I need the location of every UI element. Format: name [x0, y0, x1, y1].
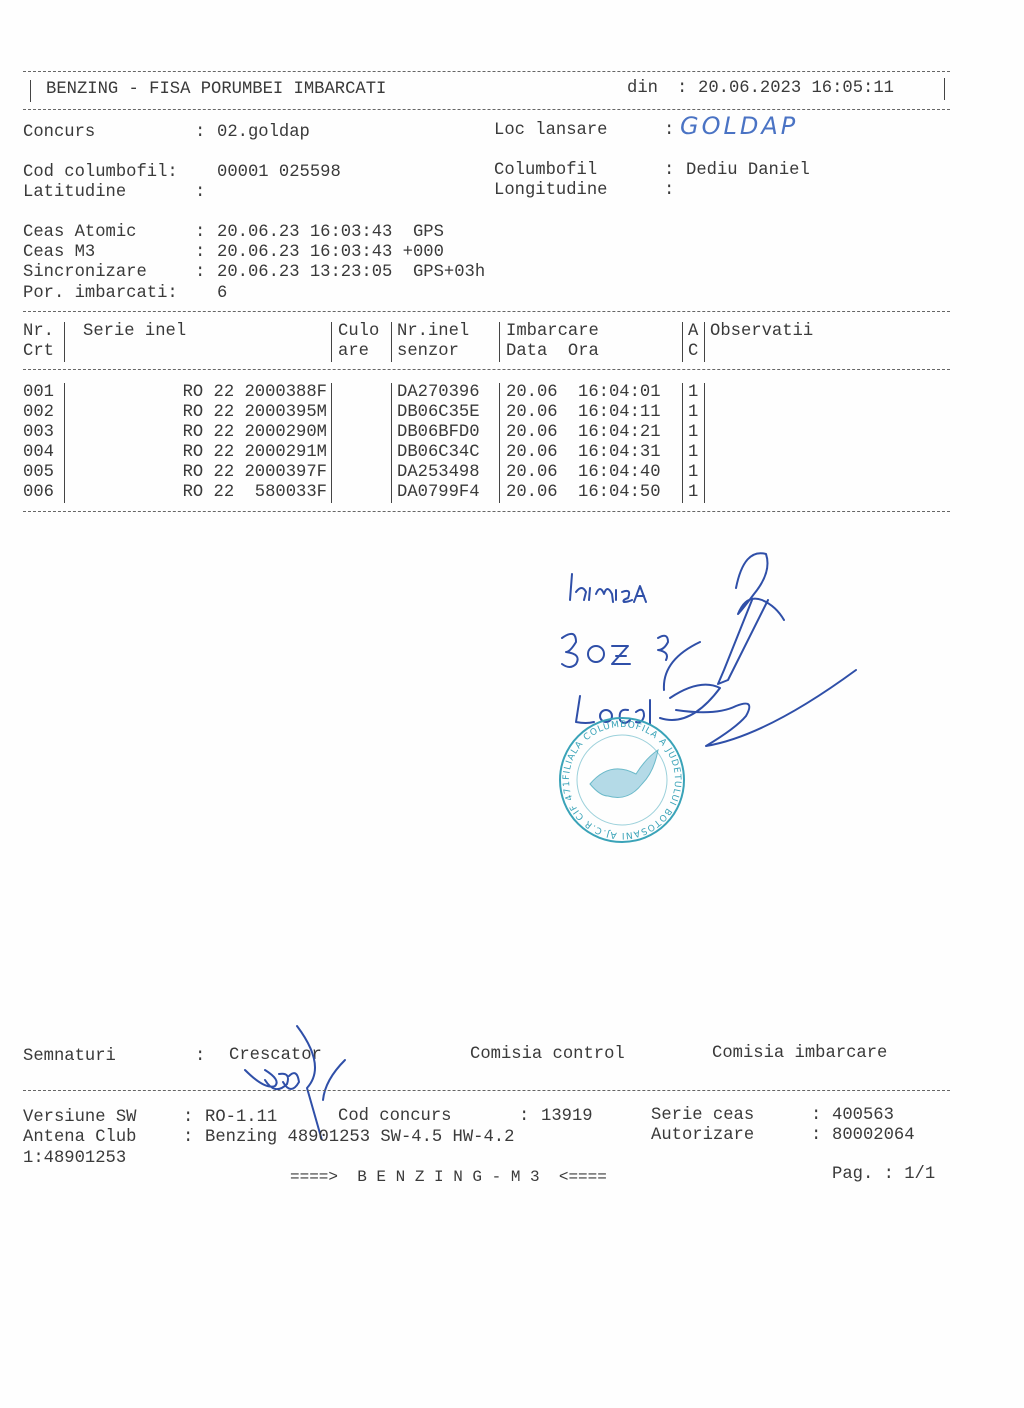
col-separator — [682, 322, 683, 362]
colon: : — [195, 223, 205, 243]
cod-columbofil-label: Cod columbofil: — [23, 163, 178, 183]
cell-nr: 002 — [23, 403, 54, 423]
cell-senzor: DA270396 — [397, 383, 480, 403]
serie-ceas-value: 400563 — [832, 1106, 894, 1126]
cell-ora: 16:04:40 — [578, 463, 661, 483]
label: Por. imbarcati — [23, 284, 167, 303]
header-left-bar — [30, 80, 31, 102]
antena-id: 1:48901253 — [23, 1149, 126, 1169]
versiune-sw-value: RO-1.11 — [205, 1108, 277, 1128]
loc-lansare-label: Loc lansare — [494, 121, 607, 141]
colon: : — [183, 1128, 193, 1148]
concurs-label: Concurs — [23, 123, 95, 143]
sincronizare-value: 20.06.23 13:23:05 GPS+03h — [217, 263, 485, 283]
cell-data: 20.06 — [506, 463, 558, 483]
antena-club-value: Benzing 48901253 SW-4.5 HW-4.2 — [205, 1128, 514, 1148]
longitudine-label: Longitudine — [494, 181, 607, 201]
col-separator — [704, 463, 705, 483]
col-separator — [391, 322, 392, 362]
col-separator — [499, 463, 500, 483]
col-separator — [64, 423, 65, 443]
commission-signatures: FILIALA COLUMBOFILA A JUDETULUI BOTOSANI… — [540, 530, 860, 870]
colon: : — [664, 181, 674, 201]
cell-data: 20.06 — [506, 423, 558, 443]
cod-columbofil-value: 00001 025598 — [217, 163, 341, 183]
colon: : — [811, 1126, 821, 1146]
cell-serie: RO 22 2000290M — [183, 423, 327, 443]
cell-serie: RO 22 2000395M — [183, 403, 327, 423]
document-title: BENZING - FISA PORUMBEI IMBARCATI — [46, 80, 386, 100]
cell-nr: 006 — [23, 483, 54, 503]
ceas-atomic-value: 20.06.23 16:03:43 GPS — [217, 223, 444, 243]
col-serie-inel: Serie inel — [83, 322, 186, 342]
comisia-imbarcare-label: Comisia imbarcare — [712, 1044, 887, 1064]
col-separator — [499, 423, 500, 443]
cell-ac: 1 — [688, 443, 698, 463]
col-ac-1: A — [688, 322, 698, 342]
cell-serie: RO 22 2000388F — [183, 383, 327, 403]
cell-senzor: DB06C35E — [397, 403, 480, 423]
col-separator — [682, 463, 683, 483]
sincronizare-label: Sincronizare — [23, 263, 147, 283]
col-separator — [499, 403, 500, 423]
col-culoare-2: are — [338, 342, 369, 362]
colon: : — [195, 123, 205, 143]
col-separator — [64, 383, 65, 403]
col-separator — [499, 383, 500, 403]
col-separator — [704, 483, 705, 503]
col-separator — [704, 403, 705, 423]
ceas-m3-label: Ceas M3 — [23, 243, 95, 263]
cell-ac: 1 — [688, 483, 698, 503]
col-separator — [64, 403, 65, 423]
cell-data: 20.06 — [506, 443, 558, 463]
divider — [23, 311, 950, 312]
col-separator — [682, 403, 683, 423]
cell-ora: 16:04:21 — [578, 423, 661, 443]
col-separator — [64, 443, 65, 463]
col-separator — [331, 483, 332, 503]
colon: : — [811, 1106, 821, 1126]
divider — [23, 1090, 950, 1091]
page-value: 1/1 — [904, 1165, 935, 1184]
versiune-sw-label: Versiune SW — [23, 1108, 136, 1128]
col-separator — [331, 423, 332, 443]
cell-ac: 1 — [688, 383, 698, 403]
col-culoare-1: Culo — [338, 322, 379, 342]
latitudine-label: Latitudine — [23, 183, 126, 203]
colon: : — [519, 1107, 529, 1127]
date-label: din — [627, 79, 658, 99]
page-label: Pag. — [832, 1165, 873, 1184]
loc-lansare-handwritten: GOLDAP — [680, 112, 798, 140]
semnaturi-label: Semnaturi — [23, 1047, 116, 1067]
col-separator — [331, 443, 332, 463]
col-observatii: Observatii — [710, 322, 813, 342]
cell-ora: 16:04:01 — [578, 383, 661, 403]
colon: : — [664, 161, 674, 181]
divider — [23, 109, 950, 110]
cod-concurs-label: Cod concurs — [338, 1107, 451, 1127]
col-separator — [704, 443, 705, 463]
cell-serie: RO 22 2000291M — [183, 443, 327, 463]
concurs-value: 02.goldap — [217, 123, 310, 143]
col-separator — [704, 383, 705, 403]
col-separator — [682, 423, 683, 443]
col-senzor-2: senzor — [397, 342, 459, 362]
colon: : — [677, 79, 687, 99]
cell-data: 20.06 — [506, 483, 558, 503]
col-separator — [391, 403, 392, 423]
por-imbarcati-value: 6 — [217, 284, 227, 304]
colon: : — [664, 121, 674, 141]
col-separator — [331, 322, 332, 362]
cell-senzor: DB06C34C — [397, 443, 480, 463]
col-ac-2: C — [688, 342, 698, 362]
col-imbarcare-2: Data Ora — [506, 342, 599, 362]
document-page: BENZING - FISA PORUMBEI IMBARCATI din : … — [0, 0, 1024, 1408]
print-date: 20.06.2023 16:05:11 — [698, 79, 894, 99]
col-separator — [704, 322, 705, 362]
col-separator — [331, 403, 332, 423]
divider — [23, 71, 950, 72]
col-separator — [682, 443, 683, 463]
cell-senzor: DB06BFD0 — [397, 423, 480, 443]
club-stamp: FILIALA COLUMBOFILA A JUDETULUI BOTOSANI… — [560, 718, 684, 842]
col-nr-2: Crt — [23, 342, 54, 362]
page-number: Pag. : 1/1 — [832, 1165, 935, 1185]
cell-ora: 16:04:11 — [578, 403, 661, 423]
cell-ac: 1 — [688, 423, 698, 443]
cell-serie: RO 22 580033F — [183, 483, 327, 503]
col-separator — [331, 463, 332, 483]
columbofil-value: Dediu Daniel — [686, 161, 810, 181]
cod-concurs-value: 13919 — [541, 1107, 593, 1127]
col-separator — [64, 483, 65, 503]
label: Cod columbofil — [23, 163, 167, 182]
col-nr-1: Nr. — [23, 322, 54, 342]
antena-club-label: Antena Club — [23, 1128, 136, 1148]
col-separator — [682, 483, 683, 503]
col-senzor-1: Nr.inel — [397, 322, 469, 342]
autorizare-label: Autorizare — [651, 1126, 754, 1146]
colon: : — [195, 243, 205, 263]
autorizare-value: 80002064 — [832, 1126, 915, 1146]
cell-ac: 1 — [688, 463, 698, 483]
col-separator — [391, 443, 392, 463]
col-separator — [64, 463, 65, 483]
col-separator — [391, 383, 392, 403]
benzing-banner: ====> B E N Z I N G - M 3 <==== — [290, 1167, 607, 1187]
cell-senzor: DA253498 — [397, 463, 480, 483]
columbofil-label: Columbofil — [494, 161, 597, 181]
col-separator — [499, 322, 500, 362]
colon: : — [195, 263, 205, 283]
col-separator — [391, 423, 392, 443]
cell-nr: 004 — [23, 443, 54, 463]
divider — [23, 511, 950, 512]
serie-ceas-label: Serie ceas — [651, 1106, 754, 1126]
header-right-bar — [944, 78, 945, 100]
col-separator — [682, 383, 683, 403]
cell-ora: 16:04:50 — [578, 483, 661, 503]
cell-data: 20.06 — [506, 383, 558, 403]
col-separator — [499, 443, 500, 463]
divider — [23, 369, 950, 370]
cell-senzor: DA0799F4 — [397, 483, 480, 503]
ceas-m3-value: 20.06.23 16:03:43 +000 — [217, 243, 444, 263]
col-separator — [499, 483, 500, 503]
cell-ora: 16:04:31 — [578, 443, 661, 463]
colon: : — [195, 1047, 205, 1067]
cell-data: 20.06 — [506, 403, 558, 423]
col-separator — [331, 383, 332, 403]
cell-serie: RO 22 2000397F — [183, 463, 327, 483]
col-separator — [704, 423, 705, 443]
por-imbarcati-label: Por. imbarcati: — [23, 284, 178, 304]
cell-nr: 005 — [23, 463, 54, 483]
col-imbarcare-1: Imbarcare — [506, 322, 599, 342]
comisia-control-label: Comisia control — [470, 1045, 625, 1065]
colon: : — [195, 183, 205, 203]
cell-nr: 003 — [23, 423, 54, 443]
ceas-atomic-label: Ceas Atomic — [23, 223, 136, 243]
cell-ac: 1 — [688, 403, 698, 423]
col-separator — [64, 322, 65, 362]
cell-nr: 001 — [23, 383, 54, 403]
col-separator — [391, 483, 392, 503]
colon: : — [183, 1108, 193, 1128]
col-separator — [391, 463, 392, 483]
